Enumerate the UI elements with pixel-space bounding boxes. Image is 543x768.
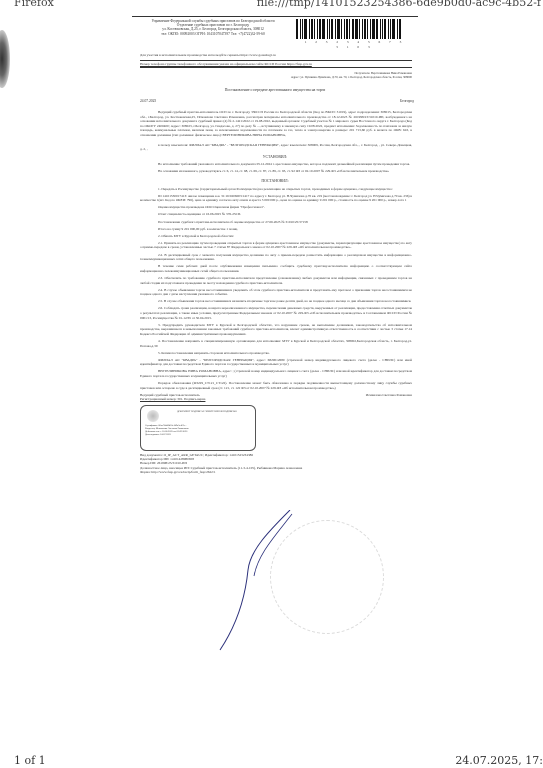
established-paragraph: Во исполнение требований указанного испо… (132, 162, 418, 167)
creditor-paragraph: в пользу взыскателя: ФИЛИАЛ АО "КВАДРА" … (132, 143, 418, 152)
resolution-item: В течение семи рабочих дней после опубли… (132, 264, 418, 273)
resolution-item: 2.6. Соблюдать сроки реализации, возврат… (132, 306, 418, 320)
resolution-item: 2.1. Принять на реализацию путем проведе… (132, 241, 418, 250)
page-count: 1 of 1 (14, 754, 46, 767)
resolution-item: 3. Предупредить руководителя МТУ в Курск… (132, 323, 418, 337)
registration-note: Регистрационный номер: 301. Подпись верн… (132, 397, 418, 402)
recipient-address: Адрес: ул. Пушкина-Чумичова, Д.70, кв. 7… (132, 76, 412, 80)
print-header: Firefox file:///tmp/14101523254386-6de9b… (0, 0, 543, 10)
coat-of-arms-icon (147, 410, 159, 422)
intro-paragraph: Ведущий судебный пристав-исполнитель ОСП… (132, 110, 418, 138)
agency-block: Управление Федеральной службы судебных п… (138, 19, 288, 36)
resolution-item: 2. Обязать МТУ в Курской и Белгородской … (132, 234, 418, 239)
resolution-item: ФИЛИАЛ АО "КВАДРА" - "БЕЛГОРОДСКАЯ ГЕНЕР… (132, 358, 418, 367)
resolution-item: 2.4. В случае объявления торгов несостоя… (132, 288, 418, 297)
recipient-block: Получатель: Верстенникова Нина Романовна… (132, 72, 418, 80)
resolution-item: 5. Копии постановления направить сторона… (132, 351, 418, 356)
resolution-item: 4. Постановление направить в специализир… (132, 339, 418, 348)
metadata-line: Форма: http://www.fssp.gov.ru/iss/ip/for… (140, 470, 418, 474)
stamp-line: Дата подписи: 24.07.2025 (145, 433, 251, 436)
handwritten-signature (180, 510, 300, 670)
electronic-signature-stamp: ДОКУМЕНТ ПОДПИСАН ЭЛЕКТРОННОЙ ПОДПИСЬЮ С… (140, 405, 256, 451)
document-date: 24.07.2025 (140, 99, 156, 104)
signer-name: Исмаилова Светлана Романовна (366, 393, 412, 398)
resolution-item: Порядок обжалования (ФЗ229_СТ121_СТ122).… (132, 381, 418, 390)
resolution-item: 2.5. В случае объявления торгов несостоя… (132, 299, 418, 304)
resolution-item: Оценка имущества произведена ООО Оценочн… (132, 205, 418, 210)
document-title: Постановление о передаче арестованного и… (132, 88, 418, 93)
department-contacts: тел: ОКПО: 00092003 ОГРН: 1043107047397 … (138, 32, 288, 36)
document-metadata: Вид документа: O_IP_ACT_ARR_GETAUC; Иден… (132, 453, 418, 474)
resolution-item: Постановление судебного пристава-исполни… (132, 220, 418, 225)
print-timestamp: 24.07.2025, 17: (455, 754, 543, 767)
stamp-title: ДОКУМЕНТ ПОДПИСАН ЭЛЕКТРОННОЙ ПОДПИСЬЮ (163, 410, 251, 413)
resolution-item: Итого на сумму 9 201 000,00 руб. в колич… (132, 227, 418, 232)
resolved-heading: ПОСТАНОВИЛ: (132, 179, 418, 184)
resolution-item: 2.3. Обеспечить по требованию судебного … (132, 276, 418, 285)
resolution-item: ID 14101530017413: жилое помещение к.н. … (132, 194, 418, 203)
resolution-item: ВЕРТЕЛИНИКОВА НИНА РОМАНОВНА, адрес: ; (… (132, 369, 418, 378)
barcode-number: 1 2 3 2 3 4 5 6 7 3 5 1 0 3 (300, 40, 410, 49)
legal-basis-paragraph: На основании изложенного, руководствуясь… (132, 169, 418, 174)
stamp-details: Сертификат: 00ac7b0d6d10c1d9a5e4f7a...Вл… (145, 424, 251, 436)
print-header-url: file:///tmp/14101523254386-6de9b0d0-ac9c… (257, 0, 541, 9)
established-heading: УСТАНОВИЛ: (132, 155, 418, 160)
resolution-item: Отчет специалиста-оценщика от 16.06.2025… (132, 212, 418, 217)
print-header-app: Firefox (14, 0, 54, 9)
date-line: 24.07.2025 Белгород (132, 99, 418, 104)
scan-smudge (0, 30, 10, 88)
resolution-items: 1. Передать в Росимущество (территориаль… (132, 187, 418, 391)
document-city: Белгород (400, 99, 414, 104)
resolution-item: 2.2. В десятидневный срок с момента полу… (132, 253, 418, 262)
resolution-item: 1. Передать в Росимущество (территориаль… (132, 187, 418, 192)
